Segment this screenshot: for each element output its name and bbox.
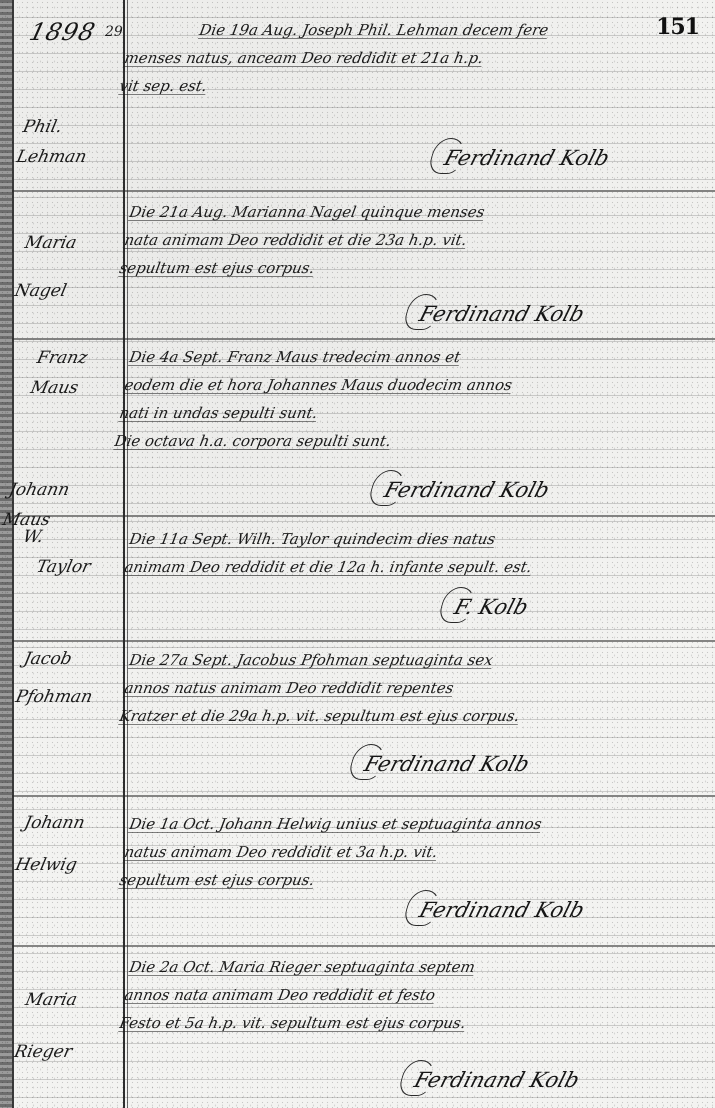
margin-name: Johann Helwig xyxy=(12,808,127,880)
entry-divider xyxy=(12,515,715,517)
entry-divider xyxy=(12,190,715,192)
priest-signature: Ferdinand Kolb xyxy=(382,478,553,502)
priest-signature: Ferdinand Kolb xyxy=(412,1068,583,1092)
margin-name: Jacob Pfohman xyxy=(13,644,127,712)
entry-divider xyxy=(12,640,715,642)
margin-name: Maria Nagel xyxy=(12,228,129,306)
priest-signature: F. Kolb xyxy=(452,595,531,619)
year-day-mark: 29 xyxy=(105,24,123,40)
margin-name: Maria Rieger xyxy=(11,985,128,1067)
entry-text: Die 1a Oct. Johann Helwig unius et septu… xyxy=(117,810,707,894)
entry-text: Die 21a Aug. Marianna Nagel quinque mens… xyxy=(117,198,707,282)
priest-signature: Ferdinand Kolb xyxy=(417,898,588,922)
entry-divider xyxy=(12,338,715,340)
entry-text: Die 4a Sept. Franz Maus tredecim annos e… xyxy=(112,343,707,455)
margin-name: Phil. Lehman xyxy=(14,112,127,172)
priest-signature: Ferdinand Kolb xyxy=(417,302,588,326)
entry-divider xyxy=(12,945,715,947)
entry-text: Die 11a Sept. Wilh. Taylor quindecim die… xyxy=(122,525,707,581)
margin-column-rule xyxy=(123,0,125,1108)
register-page: 151 1898 29 Phil. Lehman Die 19a Aug. Jo… xyxy=(0,0,715,1108)
entry-text: Die 2a Oct. Maria Rieger septuaginta sep… xyxy=(117,953,707,1037)
entry-text: Die 19a Aug. Joseph Phil. Lehman decem f… xyxy=(117,16,707,100)
entry-divider xyxy=(12,795,715,797)
register-year: 1898 xyxy=(27,18,99,46)
book-binding-edge xyxy=(0,0,12,1108)
priest-signature: Ferdinand Kolb xyxy=(362,752,533,776)
margin-name: W. Taylor xyxy=(14,522,127,582)
entry-text: Die 27a Sept. Jacobus Pfohman septuagint… xyxy=(117,646,707,730)
priest-signature: Ferdinand Kolb xyxy=(442,146,613,170)
